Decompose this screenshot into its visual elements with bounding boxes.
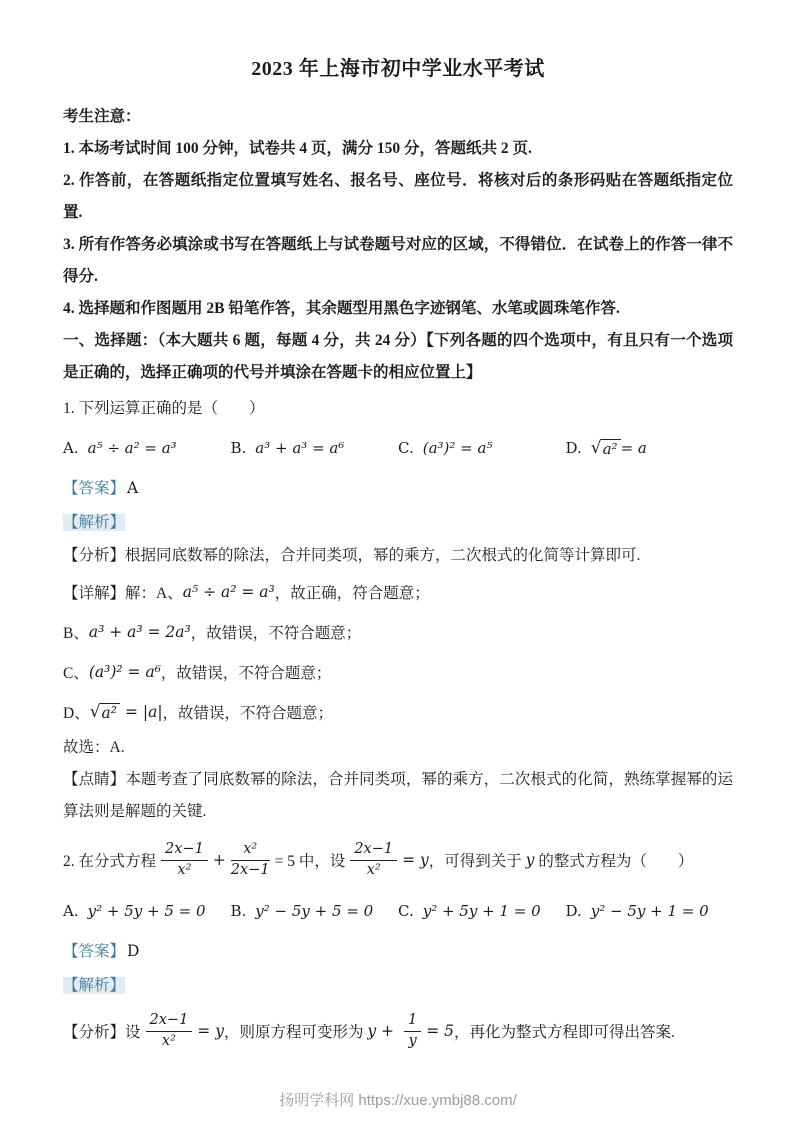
exam-document-page: 2023 年上海市初中学业水平考试 考生注意： 1. 本场考试时间 100 分钟…: [0, 0, 793, 1122]
q2-answer-value: D: [127, 942, 139, 960]
q2-fenxi-p1: 【分析】设: [63, 1020, 141, 1042]
q1-detail-b-prefix: B、: [63, 621, 89, 643]
q2-option-d: D. y² − 5y + 1 = 0: [566, 902, 734, 920]
section-1-heading: 一、选择题：（本大题共 6 题，每题 4 分，共 24 分）【下列各题的四个选项…: [63, 325, 733, 389]
q1-option-d-label: D.: [566, 439, 582, 457]
q2-jiexi-line: 【解析】: [63, 969, 733, 1003]
q1-detail-d-rest: ，故错误，不符合题意；: [163, 701, 334, 723]
q1-detail-line-b: B、 a³ + a³ = 2a³ ，故错误，不符合题意；: [63, 612, 733, 652]
q1-jiexi-line: 【解析】: [63, 506, 733, 540]
q2-frac1-denominator: x²: [161, 861, 208, 879]
q2-fraction-5: 1y: [404, 1012, 421, 1050]
q1-detail-line-a: 【详解】解：A、 a⁵ ÷ a² = a³ ，故正确，符合题意；: [63, 572, 733, 612]
q2-fenxi-p3: ，则原方程可变形为: [224, 1020, 367, 1042]
q1-option-d-radicand: a²: [601, 439, 621, 458]
q2-option-a: A. y² + 5y + 5 = 0: [63, 902, 231, 920]
q1-dianjing: 【点睛】本题考查了同底数幂的除法，合并同类项，幂的乘方，二次根式的化简，熟练掌握…: [63, 764, 733, 828]
q2-fraction-4: 2x−1x²: [146, 1012, 193, 1050]
q1-detail-a-rest: ，故正确，符合题意；: [275, 581, 430, 603]
question-2-options: A. y² + 5y + 5 = 0 B. y² − 5y + 5 = 0 C.…: [63, 890, 733, 932]
q1-detail-c-math: (a³)² = a⁶: [89, 663, 161, 681]
page-title: 2023 年上海市初中学业水平考试: [63, 52, 733, 81]
q2-option-c-math: y² + 5y + 1 = 0: [423, 902, 541, 920]
jiexi-tag: 【解析】: [63, 977, 125, 994]
q2-option-b: B. y² − 5y + 5 = 0: [231, 902, 399, 920]
jiexi-tag: 【解析】: [63, 514, 125, 531]
q2-stem-p5: 的整式方程为（ ）: [534, 849, 693, 871]
q2-fenxi-p4: y +: [367, 1022, 399, 1040]
q2-frac1-numerator: 2x−1: [161, 841, 208, 860]
q1-detail-d-math: = |a|: [120, 703, 163, 721]
q1-detail-d-radicand: a²: [100, 703, 120, 722]
q1-detail-line-c: C、 (a³)² = a⁶ ，故错误，不符合题意；: [63, 652, 733, 692]
q2-frac5-numerator: 1: [404, 1012, 421, 1031]
q1-option-c: C. (a³)² = a⁵: [398, 439, 566, 457]
notice-item-1: 1. 本场考试时间 100 分钟，试卷共 4 页，满分 150 分，答题纸共 2…: [63, 133, 733, 165]
q2-fenxi-p5: = 5: [426, 1022, 454, 1040]
q2-frac2-numerator: x²: [231, 841, 270, 860]
q2-frac2-denominator: 2x−1: [231, 861, 270, 879]
q2-frac3-numerator: 2x−1: [350, 841, 397, 860]
q2-fenxi-p2: = y: [197, 1022, 224, 1040]
q2-stem-p4: ，可得到关于: [429, 849, 526, 871]
q2-stem-p1: 2. 在分式方程: [63, 849, 156, 871]
q2-option-d-math: y² − 5y + 1 = 0: [591, 902, 709, 920]
answer-tag: 【答案】: [63, 943, 125, 960]
q1-option-d: D. √a² = a: [566, 439, 734, 458]
q1-detail-prefix: 【详解】解：A、: [63, 581, 183, 603]
q1-option-b-math: a³ + a³ = a⁶: [255, 439, 344, 457]
q2-option-c: C. y² + 5y + 1 = 0: [398, 902, 566, 920]
q1-detail-b-rest: ，故错误，不符合题意；: [191, 621, 362, 643]
notice-item-3: 3. 所有作答务必填涂或书写在答题纸上与试卷题号对应的区域，不得错位．在试卷上的…: [63, 229, 733, 293]
q2-fraction-1: 2x−1x²: [161, 841, 208, 879]
q2-fraction-2: x²2x−1: [231, 841, 270, 879]
q2-answer-line: 【答案】D: [63, 934, 733, 969]
q2-frac5-denominator: y: [404, 1032, 421, 1050]
q2-plus-sign: +: [213, 851, 226, 869]
q1-option-c-math: (a³)² = a⁵: [423, 439, 493, 457]
q1-option-a-label: A.: [63, 439, 79, 457]
q1-option-d-sqrt: √a²: [591, 439, 621, 458]
q2-stem-p2: = 5 中，设: [275, 849, 346, 871]
q1-conclusion: 故选：A.: [63, 732, 733, 764]
q1-answer-line: 【答案】A: [63, 471, 733, 506]
q1-option-a: A. a⁵ ÷ a² = a³: [63, 439, 231, 457]
q1-option-b: B. a³ + a³ = a⁶: [231, 439, 399, 457]
q1-option-b-label: B.: [231, 439, 247, 457]
q2-option-b-math: y² − 5y + 5 = 0: [255, 902, 373, 920]
q1-fenxi-line: 【分析】根据同底数幂的除法，合并同类项，幂的乘方，二次根式的化简等计算即可.: [63, 540, 733, 572]
q2-frac4-numerator: 2x−1: [146, 1012, 193, 1031]
q2-stem-p3: = y: [402, 851, 429, 869]
q1-answer-value: A: [127, 479, 138, 497]
q1-option-c-label: C.: [398, 439, 414, 457]
q1-detail-a-math: a⁵ ÷ a² = a³: [183, 583, 275, 601]
q2-option-c-label: C.: [398, 902, 414, 920]
question-1-stem: 1. 下列运算正确的是（ ）: [63, 393, 733, 425]
q1-detail-d-sqrt: √a²: [90, 703, 120, 722]
q2-option-a-label: A.: [63, 902, 79, 920]
notice-item-2: 2. 作答前，在答题纸指定位置填写姓名、报名号、座位号．将核对后的条形码贴在答题…: [63, 165, 733, 229]
q1-option-a-math: a⁵ ÷ a² = a³: [88, 439, 177, 457]
q1-detail-c-prefix: C、: [63, 661, 89, 683]
question-2-stem: 2. 在分式方程 2x−1x² + x²2x−1 = 5 中，设 2x−1x² …: [63, 832, 733, 888]
notice-item-4: 4. 选择题和作图题用 2B 铅笔作答，其余题型用黑色字迹钢笔、水笔或圆珠笔作答…: [63, 293, 733, 325]
q2-frac3-denominator: x²: [350, 861, 397, 879]
q2-fenxi-p6: ，再化为整式方程即可得出答案.: [454, 1020, 675, 1042]
q2-frac4-denominator: x²: [146, 1032, 193, 1050]
q2-stem-y: y: [526, 851, 535, 869]
answer-tag: 【答案】: [63, 480, 125, 497]
question-1-options: A. a⁵ ÷ a² = a³ B. a³ + a³ = a⁶ C. (a³)²…: [63, 427, 733, 469]
q2-option-a-math: y² + 5y + 5 = 0: [88, 902, 206, 920]
q2-option-d-label: D.: [566, 902, 582, 920]
q1-detail-c-rest: ，故错误，不符合题意；: [161, 661, 332, 683]
q2-fenxi-line: 【分析】设 2x−1x² = y ，则原方程可变形为 y + 1y = 5 ，再…: [63, 1003, 733, 1059]
site-watermark: 扬明学科网 https://xue.ymbj88.com/: [63, 1089, 733, 1110]
q2-fraction-3: 2x−1x²: [350, 841, 397, 879]
q1-detail-d-prefix: D、: [63, 701, 90, 723]
q1-option-d-rest: = a: [621, 439, 647, 457]
q1-detail-b-math: a³ + a³ = 2a³: [89, 623, 191, 641]
q1-detail-line-d: D、 √a² = |a| ，故错误，不符合题意；: [63, 692, 733, 732]
q2-option-b-label: B.: [231, 902, 247, 920]
notice-heading: 考生注意：: [63, 101, 733, 133]
